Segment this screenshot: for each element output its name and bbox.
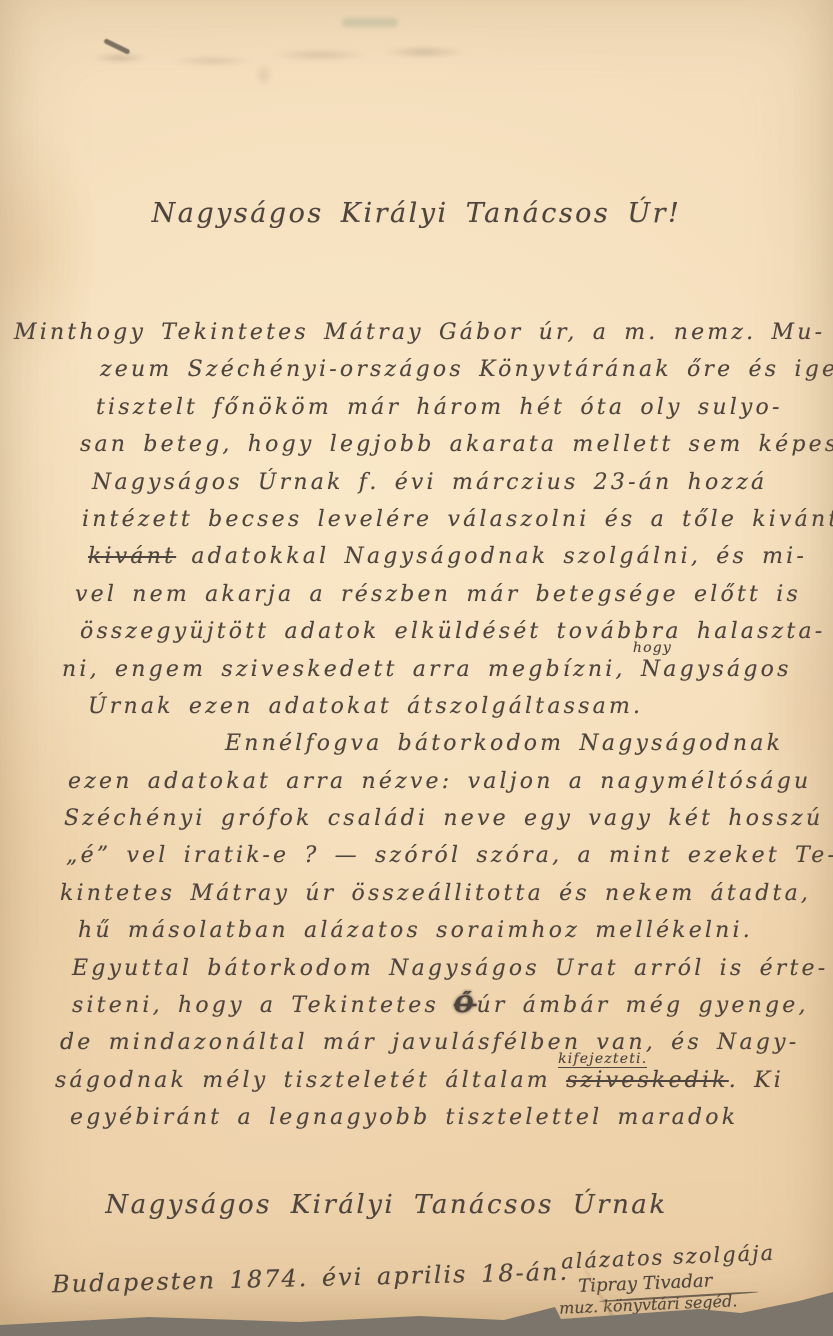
handwritten-text: Egyuttal bátorkodom Nagyságos Urat arról…: [72, 956, 828, 981]
handwritten-text: tisztelt főnököm már három hét óta oly s…: [96, 395, 783, 420]
handwritten-text: Minthogy Tekintetes Mátray Gábor úr, a m…: [14, 320, 825, 345]
text-line: Úrnak ezen adatokat átszolgáltassam.: [0, 688, 833, 725]
text-line: ezen adatokat arra nézve: valjon a nagym…: [0, 763, 833, 800]
handwritten-text: Ennélfogva bátorkodom Nagyságodnak: [225, 731, 783, 756]
text-line: „é” vel iratik-e ? — szóról szóra, a min…: [0, 837, 833, 874]
struck-text: Ő: [454, 992, 476, 1018]
text-line: Minthogy Tekintetes Mátray Gábor úr, a m…: [0, 314, 833, 351]
scanned-letter-page: { "colors": { "paper": "#f4ddba", "paper…: [0, 0, 833, 1336]
handwritten-text: siteni, hogy a Tekintetes: [72, 993, 454, 1018]
interlinear-insertion: hogy: [633, 641, 672, 655]
text-line: Széchényi grófok családi neve egy vagy k…: [0, 800, 833, 837]
handwritten-text: Nagyságos Úrnak f. évi márczius 23-án ho…: [92, 470, 767, 495]
signature-block: alázatos szolgájaTipray Tivadarmuz. köny…: [557, 1237, 833, 1317]
handwritten-text: hű másolatban alázatos soraimhoz melléke…: [78, 918, 753, 943]
handwritten-text: ezen adatokat arra nézve: valjon a nagym…: [68, 769, 811, 794]
text-line: Egyuttal bátorkodom Nagyságos Urat arról…: [0, 950, 833, 987]
text-line: hű másolatban alázatos soraimhoz melléke…: [0, 912, 833, 949]
address-line: Nagyságos Királyi Tanácsos Úrnak: [0, 1190, 803, 1220]
struck-text: kivánt: [88, 544, 176, 569]
text-line: san beteg, hogy legjobb akarata mellett …: [0, 426, 833, 463]
text-line: kivánt adatokkal Nagyságodnak szolgálni,…: [0, 538, 833, 575]
text-line: Ennélfogva bátorkodom Nagyságodnak: [0, 725, 833, 762]
text-line: egyébiránt a legnagyobb tisztelettel mar…: [0, 1099, 833, 1136]
letter-body: Minthogy Tekintetes Mátray Gábor úr, a m…: [0, 314, 833, 1137]
handwritten-text: de mindazonáltal már javulásfélben van, …: [60, 1030, 799, 1055]
faint-pencil-inscription: [72, 26, 472, 84]
handwritten-text: Széchényi grófok családi neve egy vagy k…: [64, 806, 823, 831]
text-line: zeum Széchényi-országos Könyvtárának őre…: [0, 351, 833, 388]
handwritten-text: zeum Széchényi-országos Könyvtárának őre…: [100, 357, 833, 382]
handwritten-text: Úrnak ezen adatokat átszolgáltassam.: [88, 694, 643, 719]
handwritten-text: összegyüjtött adatok elküldését továbbra…: [80, 619, 825, 644]
struck-text: sziveskedikkifejezteti.: [566, 1068, 729, 1093]
salutation-heading: Nagyságos Királyi Tanácsos Úr!: [0, 198, 833, 229]
faint-green-mark: [342, 18, 398, 27]
handwritten-text: ni, engem sziveskedett arra megbízni,: [62, 657, 641, 682]
handwritten-text: . Ki: [729, 1068, 784, 1093]
handwritten-text: Nagyságoshogy: [641, 657, 792, 682]
text-line: ságodnak mély tiszteletét általam szives…: [0, 1062, 833, 1099]
handwritten-text: kintetes Mátray úr összeállitotta és nek…: [60, 881, 811, 906]
text-line: vel nem akarja a részben már betegsége e…: [0, 576, 833, 613]
interlinear-insertion: kifejezteti.: [558, 1052, 647, 1068]
dateline: Budapesten 1874. évi aprilis 18-án.: [52, 1258, 570, 1299]
handwritten-text: vel nem akarja a részben már betegsége e…: [75, 582, 801, 607]
handwritten-text: adatokkal Nagyságodnak szolgálni, és mi-: [176, 544, 807, 569]
handwritten-text: ságodnak mély tiszteletét általam: [55, 1068, 566, 1093]
text-line: de mindazonáltal már javulásfélben van, …: [0, 1024, 833, 1061]
letter-paper: Nagyságos Királyi Tanácsos Úr! Minthogy …: [0, 0, 833, 1336]
text-line: ni, engem sziveskedett arra megbízni, Na…: [0, 651, 833, 688]
text-line: intézett becses levelére válaszolni és a…: [0, 501, 833, 538]
text-line: összegyüjtött adatok elküldését továbbra…: [0, 613, 833, 650]
handwritten-text: „é” vel iratik-e ? — szóról szóra, a min…: [66, 843, 833, 868]
handwritten-text: san beteg, hogy legjobb akarata mellett …: [80, 432, 833, 457]
text-line: tisztelt főnököm már három hét óta oly s…: [0, 389, 833, 426]
handwritten-text: intézett becses levelére válaszolni és a…: [82, 507, 833, 532]
text-line: kintetes Mátray úr összeállitotta és nek…: [0, 875, 833, 912]
text-line: siteni, hogy a Tekintetes Őúr ámbár még …: [0, 987, 833, 1024]
handwritten-text: egyébiránt a legnagyobb tisztelettel mar…: [70, 1105, 738, 1130]
text-line: Nagyságos Úrnak f. évi márczius 23-án ho…: [0, 464, 833, 501]
handwritten-text: úr ámbár még gyenge,: [477, 993, 809, 1018]
